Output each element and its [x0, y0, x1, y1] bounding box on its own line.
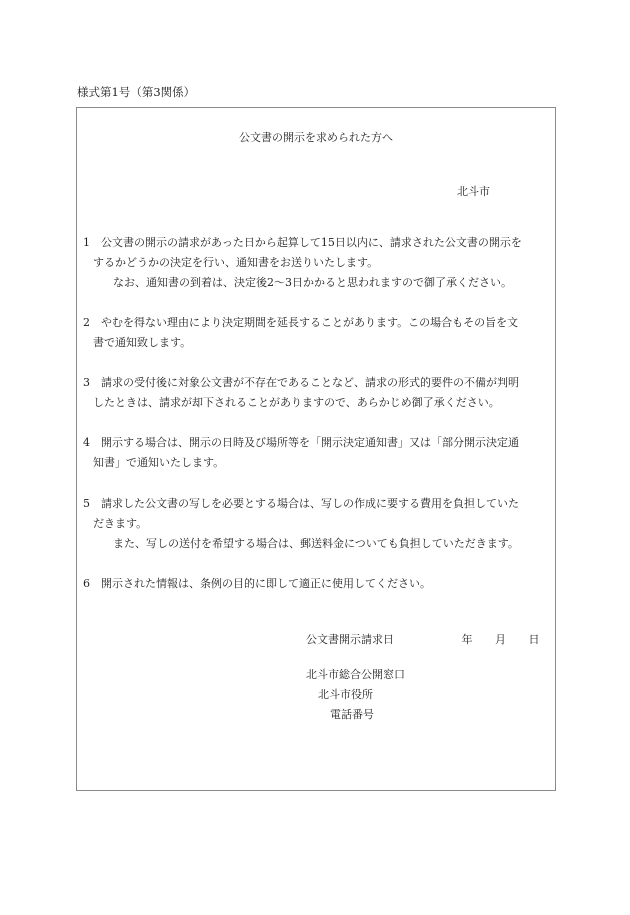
item-2-line-2: 書で通知致します。: [83, 333, 549, 353]
month-label: 月: [495, 631, 525, 647]
day-label: 日: [529, 631, 540, 647]
issuer-name: 北斗市: [457, 183, 490, 199]
item-1-line-3: なお、通知書の到着は、決定後2〜3日かかると思われますので御了承ください。: [83, 273, 549, 293]
item-6-line-1: 6開示された情報は、条例の目的に即して適正に使用してください。: [83, 574, 549, 594]
notice-item-5: 5請求した公文書の写しを必要とする場合は、写しの作成に要する費用を負担していた …: [83, 494, 549, 554]
notice-item-2: 2やむを得ない理由により決定期間を延長することがあります。この場合もその旨を文 …: [83, 313, 549, 353]
contact-block: 北斗市総合公開窓口 北斗市役所 電話番号: [306, 665, 405, 725]
item-5-line-2: だきます。: [83, 514, 549, 534]
item-number: 5: [83, 494, 101, 514]
item-4-line-2: 知書」で通知いたします。: [83, 453, 549, 473]
notice-item-1: 1公文書の開示の請求があった日から起算して15日以内に、請求された公文書の開示を…: [83, 233, 549, 293]
item-number: 1: [83, 233, 101, 253]
notice-item-3: 3請求の受付後に対象公文書が不存在であることなど、請求の形式的要件の不備が判明 …: [83, 373, 549, 413]
request-date-row: 公文書開示請求日 年 月 日: [306, 631, 540, 647]
item-5-line-1: 5請求した公文書の写しを必要とする場合は、写しの作成に要する費用を負担していた: [83, 494, 549, 514]
contact-city-hall: 北斗市役所: [306, 685, 405, 705]
item-2-line-1: 2やむを得ない理由により決定期間を延長することがあります。この場合もその旨を文: [83, 313, 549, 333]
item-3-line-2: したときは、請求が却下されることがありますので、あらかじめ御了承ください。: [83, 393, 549, 413]
notice-frame: 公文書の開示を求められた方へ 北斗市 1公文書の開示の請求があった日から起算して…: [76, 107, 556, 791]
item-5-line-3: また、写しの送付を希望する場合は、郵送料金についても負担していただきます。: [83, 534, 549, 554]
item-1-line-1: 1公文書の開示の請求があった日から起算して15日以内に、請求された公文書の開示を: [83, 233, 549, 253]
contact-phone-label: 電話番号: [306, 705, 405, 725]
item-number: 6: [83, 574, 101, 594]
item-number: 3: [83, 373, 101, 393]
notice-title: 公文書の開示を求められた方へ: [77, 129, 555, 145]
notice-item-4: 4開示する場合は、開示の日時及び場所等を「開示決定通知書」又は「部分開示決定通 …: [83, 433, 549, 473]
contact-office: 北斗市総合公開窓口: [306, 665, 405, 685]
item-number: 2: [83, 313, 101, 333]
notice-item-6: 6開示された情報は、条例の目的に即して適正に使用してください。: [83, 574, 549, 594]
year-label: 年: [462, 631, 492, 647]
form-number: 様式第1号（第3関係）: [77, 84, 195, 100]
item-1-line-2: するかどうかの決定を行い、通知書をお送りいたします。: [83, 253, 549, 273]
item-number: 4: [83, 433, 101, 453]
item-3-line-1: 3請求の受付後に対象公文書が不存在であることなど、請求の形式的要件の不備が判明: [83, 373, 549, 393]
request-date-label: 公文書開示請求日: [306, 631, 458, 647]
item-4-line-1: 4開示する場合は、開示の日時及び場所等を「開示決定通知書」又は「部分開示決定通: [83, 433, 549, 453]
